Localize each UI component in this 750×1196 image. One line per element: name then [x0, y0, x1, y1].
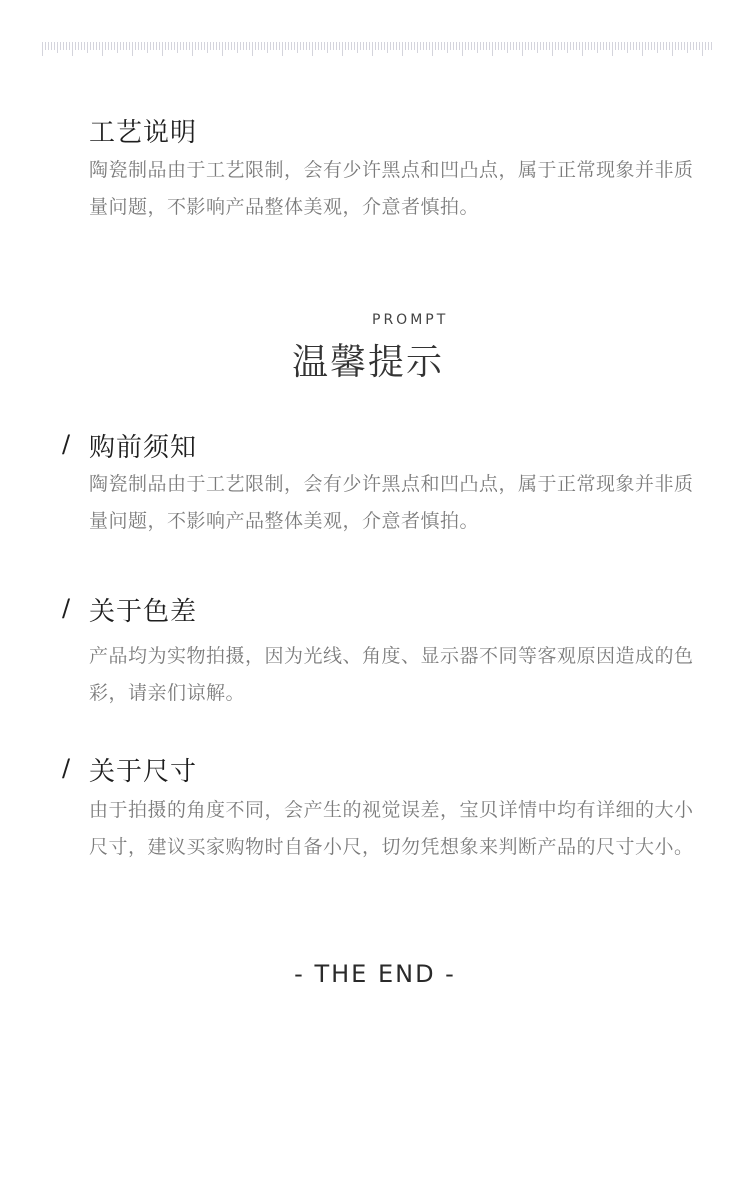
- section-text-size: 由于拍摄的角度不同，会产生的视觉误差，宝贝详情中均有详细的大小尺寸，建议买家购物…: [89, 792, 699, 866]
- slash-marker: /: [62, 430, 70, 458]
- the-end-footer: - THE END -: [0, 960, 750, 988]
- section-title-before-purchase: 购前须知: [89, 427, 197, 464]
- section-title-size: 关于尺寸: [89, 751, 197, 788]
- slash-marker: /: [62, 594, 70, 622]
- prompt-english-label: PROMPT: [372, 312, 448, 328]
- slash-marker: /: [62, 754, 70, 782]
- craft-title: 工艺说明: [89, 112, 197, 149]
- section-text-before-purchase: 陶瓷制品由于工艺限制，会有少许黑点和凹凸点，属于正常现象并非质量问题，不影响产品…: [89, 466, 699, 540]
- prompt-heading: 温馨提示: [292, 334, 444, 385]
- ruler-decoration: [42, 40, 712, 56]
- craft-text: 陶瓷制品由于工艺限制，会有少许黑点和凹凸点，属于正常现象并非质量问题，不影响产品…: [89, 152, 699, 226]
- section-text-color-difference: 产品均为实物拍摄，因为光线、角度、显示器不同等客观原因造成的色彩，请亲们谅解。: [89, 638, 699, 712]
- section-title-color-difference: 关于色差: [89, 591, 197, 628]
